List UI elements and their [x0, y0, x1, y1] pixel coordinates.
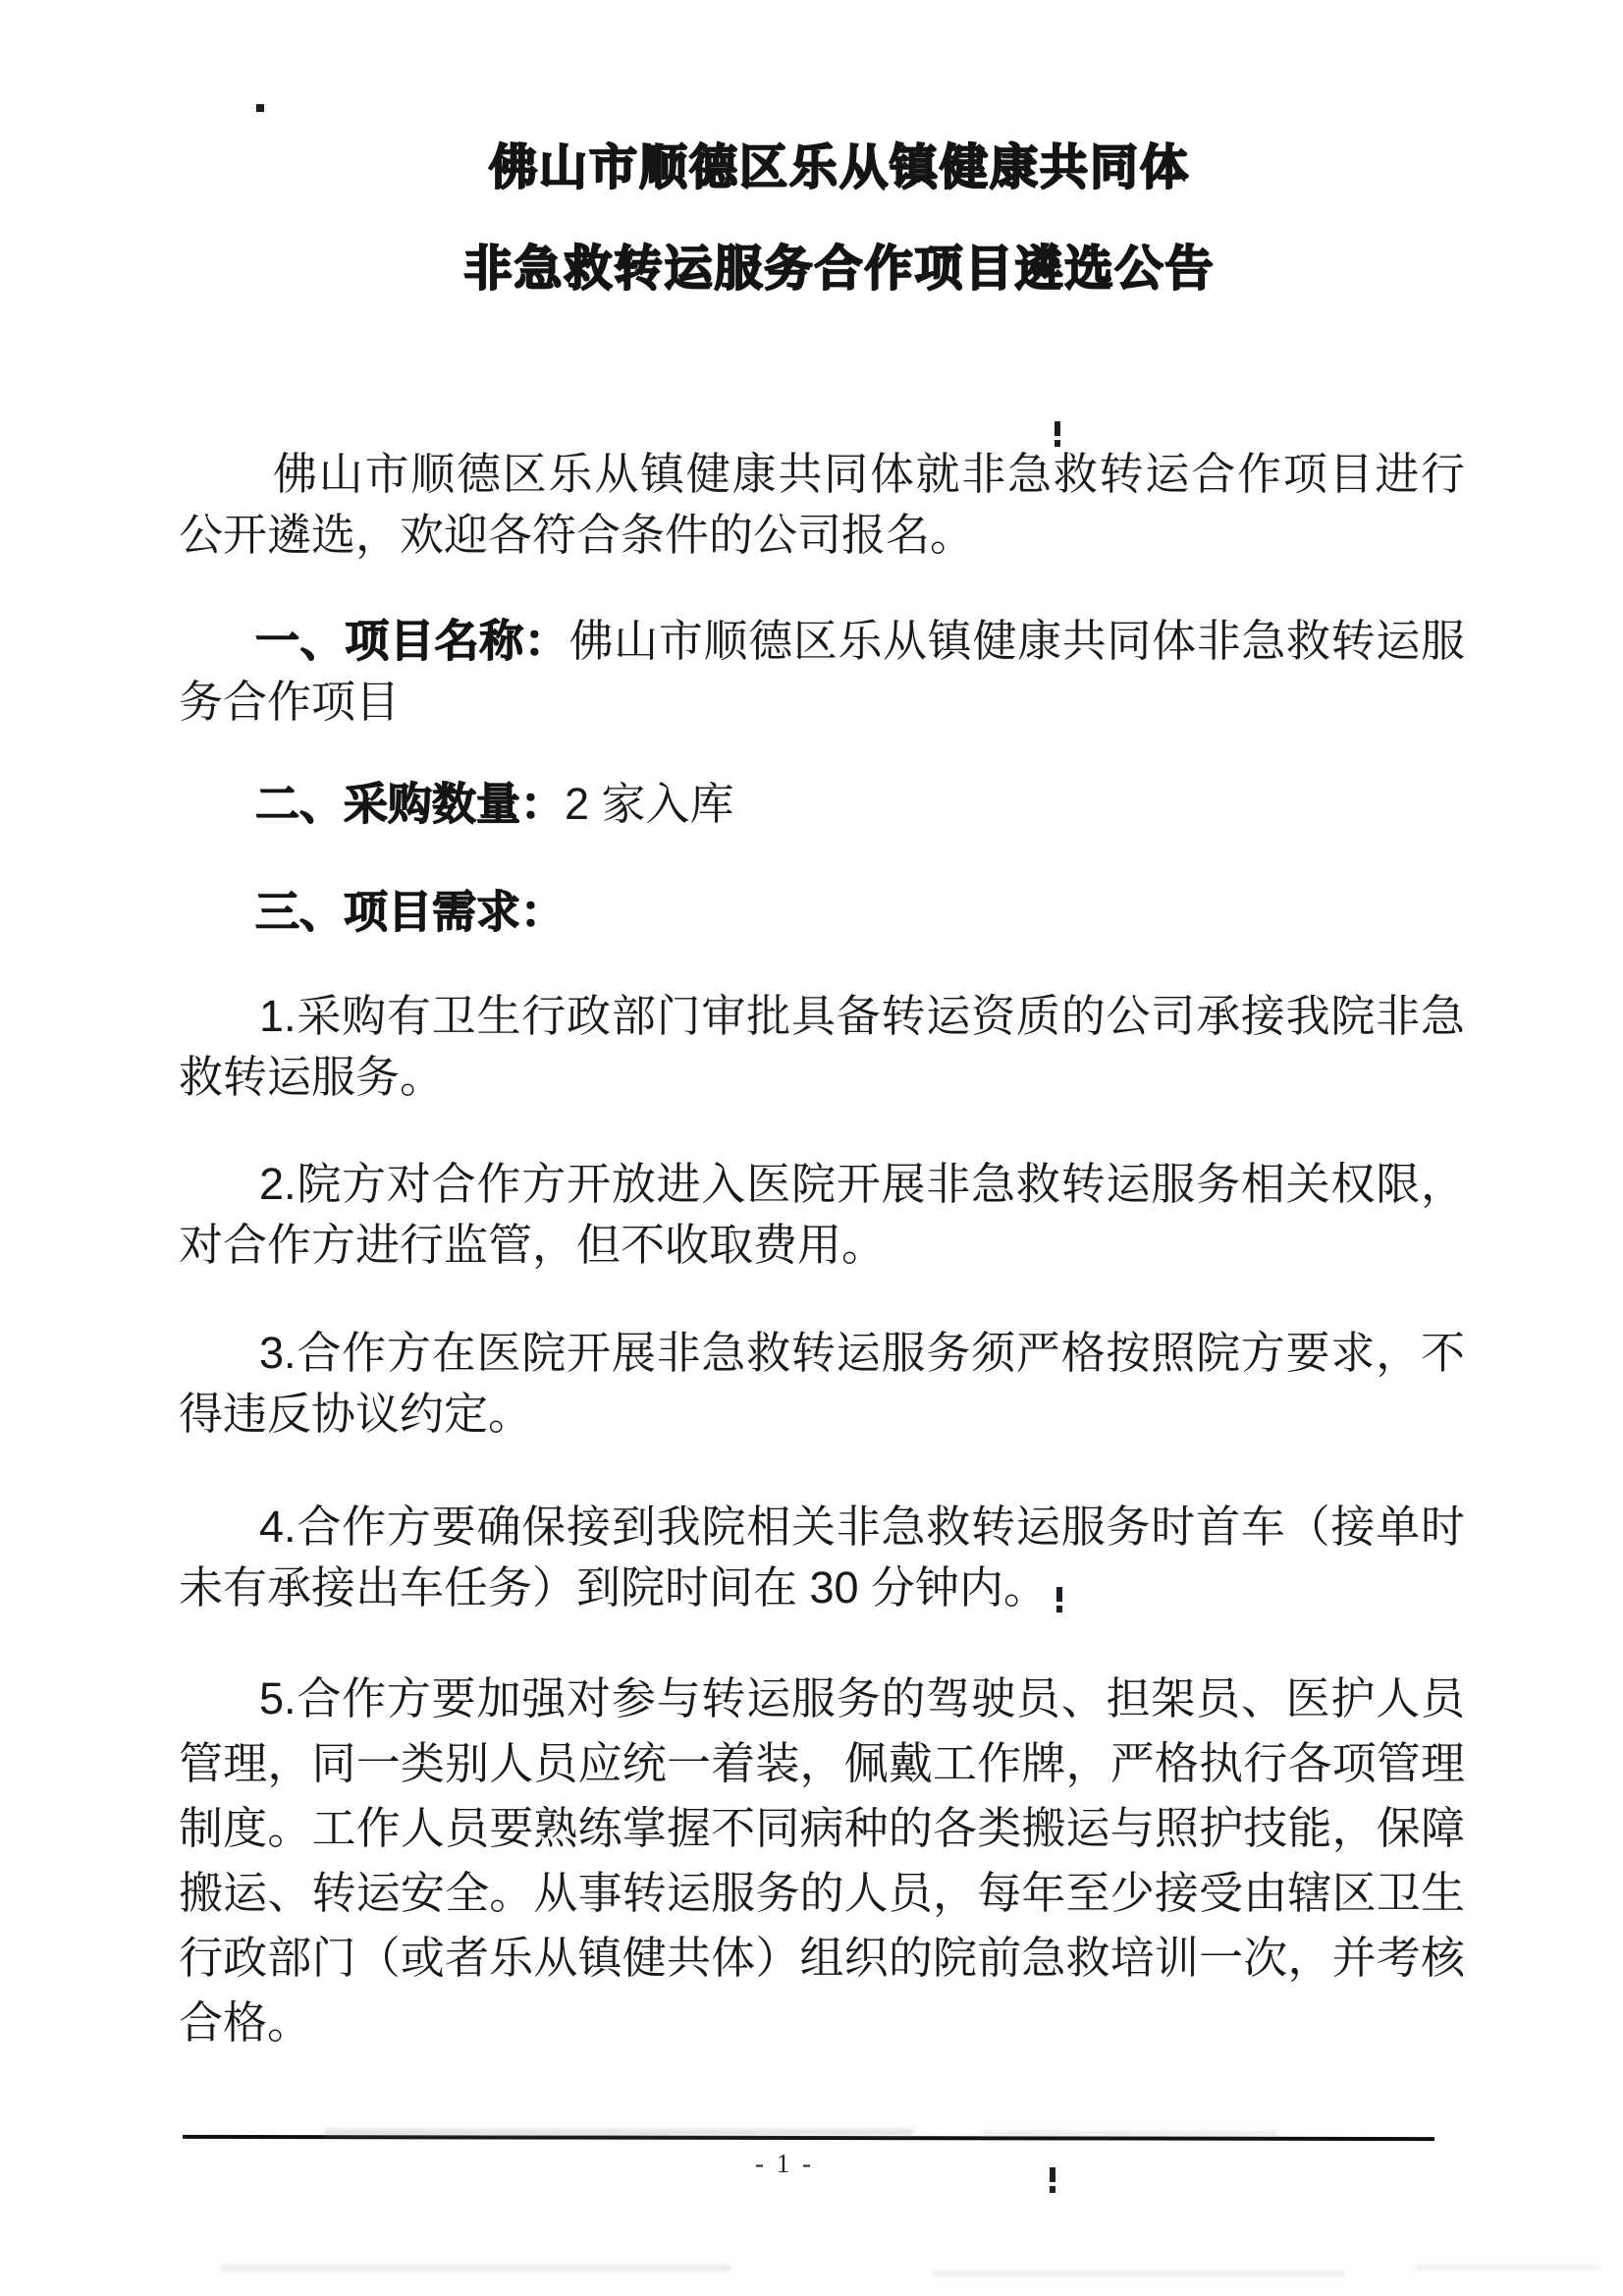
section-heading-purchase-quantity: 二、采购数量：2 家入库	[179, 774, 1465, 835]
intro-paragraph: 佛山市顺德区乐从镇健康共同体就非急救转运合作项目进行公开遴选，欢迎各符合条件的公…	[179, 444, 1465, 566]
scan-smudge	[324, 2129, 913, 2136]
scan-smudge	[982, 2131, 1276, 2136]
scan-smudge	[933, 2270, 1345, 2276]
section-text: 2 家入库	[565, 779, 734, 829]
requirement-item-5: 5.合作方要加强对参与转运服务的驾驶员、担架员、医护人员管理，同一类别人员应统一…	[179, 1667, 1465, 2055]
scan-semicolon-artifact	[1050, 2167, 1055, 2182]
scanned-document-page: 佛山市顺德区乐从镇健康共同体 非急救转运服务合作项目遴选公告 佛山市顺德区乐从镇…	[0, 0, 1623, 2296]
section-heading-project-requirements: 三、项目需求：	[179, 882, 1465, 943]
scan-semicolon-artifact	[1055, 421, 1060, 436]
requirement-item-3: 3.合作方在医院开展非急救转运服务须严格按照院方要求，不得违反协议约定。	[179, 1323, 1465, 1445]
requirement-item-2: 2.院方对合作方开放进入医院开展非急救转运服务相关权限，对合作方进行监管，但不收…	[179, 1154, 1465, 1276]
requirement-item-1: 1.采购有卫生行政部门审批具备转运资质的公司承接我院非急救转运服务。	[179, 986, 1465, 1108]
scan-smudge	[221, 2265, 731, 2271]
section-label: 一、项目名称：	[255, 616, 569, 666]
section-label: 二、采购数量：	[255, 779, 565, 829]
requirement-item-4: 4.合作方要确保接到我院相关非急救转运服务时首车（接单时未有承接出车任务）到院时…	[179, 1497, 1465, 1618]
scan-dot-artifact	[256, 104, 264, 112]
scan-smudge	[1414, 2265, 1600, 2270]
scan-semicolon-artifact	[1056, 1587, 1062, 1602]
section-label: 三、项目需求：	[255, 887, 565, 937]
section-heading-project-name: 一、项目名称：佛山市顺德区乐从镇健康共同体非急救转运服务合作项目	[179, 611, 1465, 733]
page-number: - 1 -	[161, 2149, 1408, 2179]
document-title-line2: 非急救转运服务合作项目遴选公告	[196, 239, 1483, 300]
document-title-line1: 佛山市顺德区乐从镇健康共同体	[196, 137, 1483, 198]
